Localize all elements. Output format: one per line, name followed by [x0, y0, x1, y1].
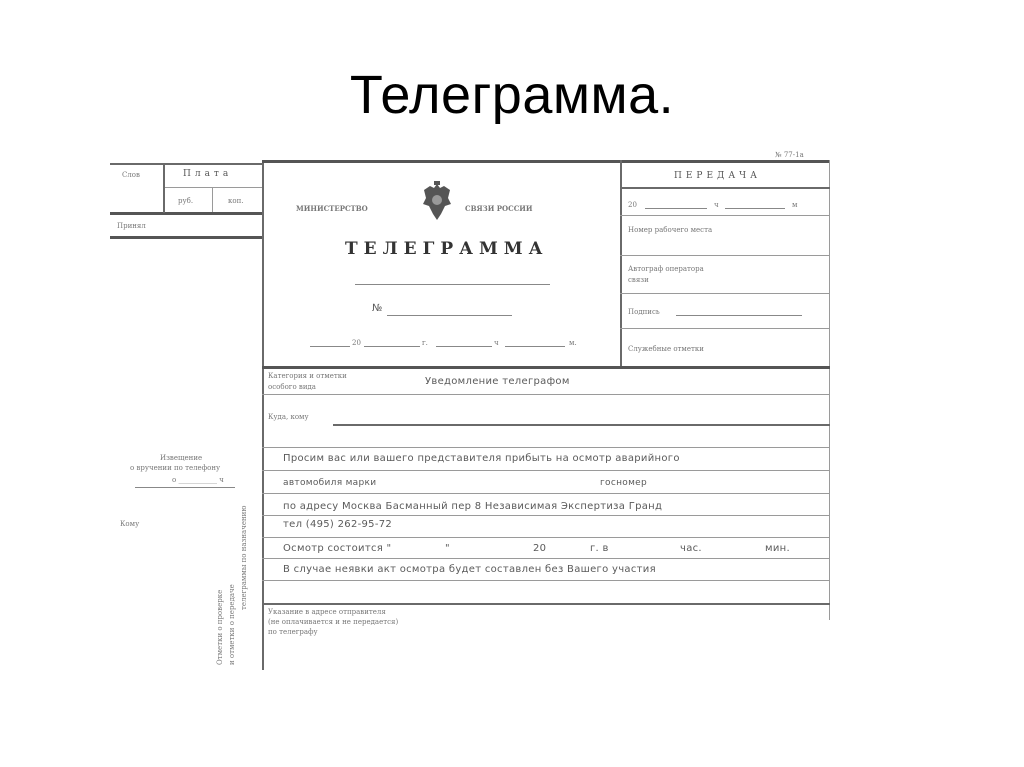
- message-line-6[interactable]: В случае неявки акт осмотра будет состав…: [283, 564, 656, 575]
- notice-line: о ___________ ч: [172, 475, 224, 486]
- message-line-5-h: час.: [680, 543, 702, 554]
- message-line-2-left[interactable]: автомобиля марки: [283, 478, 376, 489]
- operator-label: Автограф оператора связи: [628, 264, 718, 286]
- vertical-note-3: телеграммы по назначению: [240, 506, 249, 610]
- divider: [262, 394, 830, 395]
- divider: [620, 255, 830, 256]
- date-fill-3[interactable]: [436, 346, 492, 347]
- ministry-left: МИНИСТЕРСТВО: [296, 203, 368, 214]
- message-line-5-left[interactable]: Осмотр состоится ": [283, 543, 391, 554]
- form-right-border: [829, 160, 830, 620]
- divider: [262, 447, 830, 448]
- date-fill-1[interactable]: [310, 346, 350, 347]
- signature-label: Подпись: [628, 307, 660, 318]
- fee-rub: руб.: [178, 196, 193, 207]
- signature-field[interactable]: [676, 315, 802, 316]
- date-fill-2[interactable]: [364, 346, 420, 347]
- divider: [620, 215, 830, 216]
- divider: [620, 187, 830, 189]
- form-left-border: [262, 160, 264, 670]
- message-line-5-g: г. в: [590, 543, 609, 554]
- transmission-time-prefix: 20: [628, 200, 637, 211]
- number-label: №: [372, 303, 383, 314]
- divider: [262, 558, 830, 559]
- address-field-line[interactable]: [333, 424, 830, 426]
- divider: [110, 163, 262, 165]
- transmission-time-h: ч: [714, 200, 719, 211]
- service-marks-label: Служебные отметки: [628, 344, 704, 355]
- telegram-heading: ТЕЛЕГРАММА: [345, 244, 548, 255]
- words-label: Слов: [122, 170, 140, 181]
- divider: [262, 580, 830, 581]
- divider: [262, 537, 830, 538]
- category-value[interactable]: Уведомление телеграфом: [425, 376, 570, 387]
- telegram-form: № 77-1а Слов Плата руб. коп. Принял Изве…: [0, 0, 1024, 767]
- divider: [163, 163, 165, 213]
- double-headed-eagle-icon: [420, 180, 454, 222]
- transmission-time-fill-2[interactable]: [725, 208, 785, 209]
- message-line-5-mid: ": [445, 543, 450, 554]
- number-field[interactable]: [387, 315, 512, 316]
- vertical-note-1: Отметки о проверке: [216, 590, 225, 665]
- message-line-1[interactable]: Просим вас или вашего представителя приб…: [283, 453, 680, 464]
- body-top-border: [262, 366, 830, 369]
- ministry-right: СВЯЗИ РОССИИ: [465, 203, 533, 214]
- divider: [262, 493, 830, 494]
- transmission-time-fill-1[interactable]: [645, 208, 707, 209]
- date-label-1: 20: [352, 338, 361, 349]
- divider: [165, 187, 262, 188]
- transmission-time-m: м: [792, 200, 797, 211]
- notice-fill-line: [135, 487, 235, 488]
- heading-underline: [355, 284, 550, 285]
- category-label: Категория и отметки особого вида: [268, 371, 348, 393]
- form-top-border: [262, 160, 830, 163]
- message-line-2-right[interactable]: госномер: [600, 478, 647, 489]
- message-line-3[interactable]: по адресу Москва Басманный пер 8 Независ…: [283, 501, 662, 512]
- divider: [620, 328, 830, 329]
- vertical-note-2: и отметки о передаче: [228, 584, 237, 665]
- message-line-4[interactable]: тел (495) 262-95-72: [283, 519, 392, 530]
- transmission-border: [620, 160, 622, 366]
- date-label-4: м.: [569, 338, 577, 349]
- divider: [110, 236, 262, 239]
- divider: [262, 515, 830, 516]
- divider: [620, 293, 830, 294]
- divider: [110, 212, 262, 215]
- divider: [212, 187, 213, 212]
- date-label-2: г.: [422, 338, 428, 349]
- footer-note-3: по телеграфу: [268, 627, 318, 638]
- footer-border: [262, 603, 830, 605]
- fee-kop: коп.: [228, 196, 243, 207]
- message-line-5-m: мин.: [765, 543, 790, 554]
- workplace-number-label: Номер рабочего места: [628, 225, 718, 236]
- date-label-3: ч: [494, 338, 499, 349]
- message-line-5-year: 20: [533, 543, 546, 554]
- received-label: Принял: [117, 221, 146, 232]
- whom-label: Кому: [120, 519, 139, 530]
- notice-sub: о вручении по телефону: [130, 463, 220, 474]
- divider: [262, 470, 830, 471]
- fee-label: Плата: [183, 169, 232, 180]
- date-fill-4[interactable]: [505, 346, 565, 347]
- whom-address-label: Куда, кому: [268, 412, 309, 423]
- transmission-title: ПЕРЕДАЧА: [674, 171, 761, 182]
